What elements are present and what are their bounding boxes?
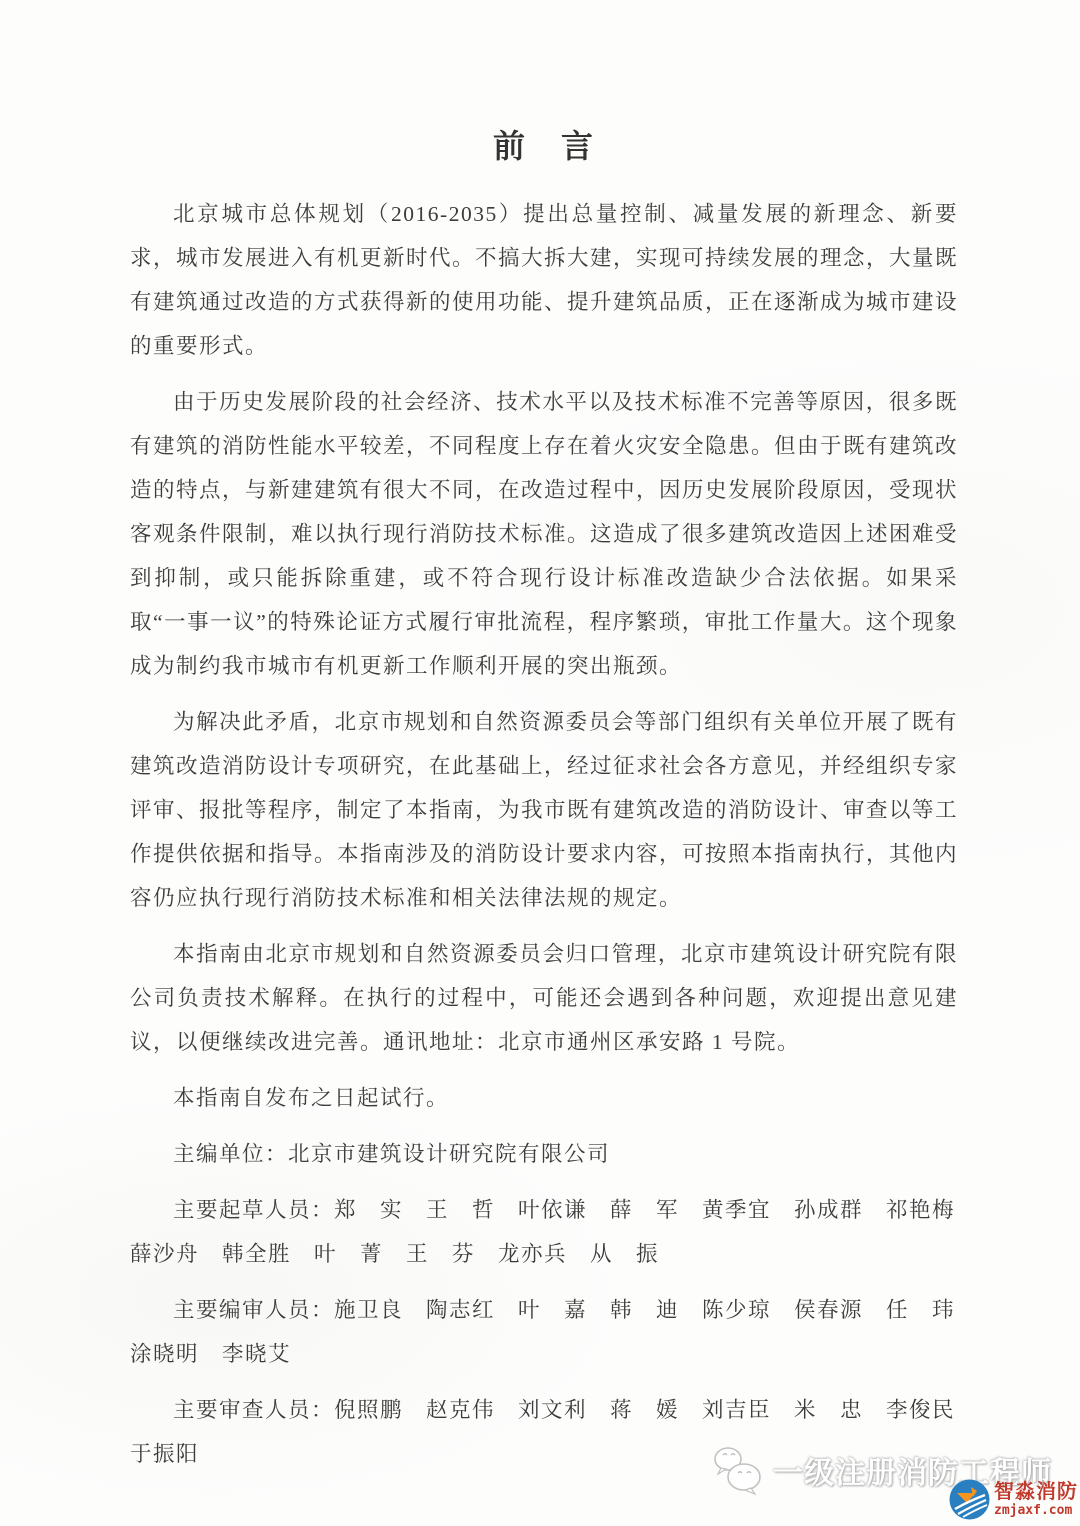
brand-badge: 智淼消防 zmjaxf.com [949,1479,1078,1520]
reviewers-group: 主要编审人员：施卫良 陶志红 叶 嘉 韩 迪 陈少琼 侯春源 任 玮 涂晓明 李… [130,1288,958,1376]
credits-section: 主编单位：北京市建筑设计研究院有限公司 主要起草人员：郑 实 王 哲 叶依谦 薛… [130,1132,958,1476]
wechat-icon [711,1444,765,1496]
reviewers-line-1: 主要编审人员：施卫良 陶志红 叶 嘉 韩 迪 陈少琼 侯春源 任 玮 [130,1288,958,1332]
drafters-line-1: 主要起草人员：郑 实 王 哲 叶依谦 薛 军 黄季宜 孙成群 祁艳梅 [130,1188,958,1232]
paragraph-management: 本指南由北京市规划和自然资源委员会归口管理，北京市建筑设计研究院有限公司负责技术… [130,932,958,1064]
brand-url: zmjaxf.com [994,1503,1072,1518]
page-title: 前 言 [130,126,958,166]
chief-editor-unit: 主编单位：北京市建筑设计研究院有限公司 [130,1132,958,1176]
document-page: 前 言 北京城市总体规划（2016-2035）提出总量控制、减量发展的新理念、新… [130,126,958,1476]
paragraph-problem: 由于历史发展阶段的社会经济、技术水平以及技术标准不完善等原因，很多既有建筑的消防… [130,380,958,688]
reviewers-line-2: 涂晓明 李晓艾 [130,1332,958,1376]
drafters-group: 主要起草人员：郑 实 王 哲 叶依谦 薛 军 黄季宜 孙成群 祁艳梅 薛沙舟 韩… [130,1188,958,1276]
paragraph-solution: 为解决此矛盾，北京市规划和自然资源委员会等部门组织有关单位开展了既有建筑改造消防… [130,700,958,920]
paragraph-overview: 北京城市总体规划（2016-2035）提出总量控制、减量发展的新理念、新要求，城… [130,192,958,368]
brand-name: 智淼消防 [994,1482,1078,1503]
drafters-line-2: 薛沙舟 韩全胜 叶 菁 王 芬 龙亦兵 从 振 [130,1232,958,1276]
paragraph-effective-date: 本指南自发布之日起试行。 [130,1076,958,1120]
examiners-line-1: 主要审查人员：倪照鹏 赵克伟 刘文利 蒋 媛 刘吉臣 米 忠 李俊民 [130,1388,958,1432]
chief-editor-unit-group: 主编单位：北京市建筑设计研究院有限公司 [130,1132,958,1176]
zhimiao-logo-icon [949,1479,990,1520]
brand-text: 智淼消防 zmjaxf.com [994,1482,1078,1518]
